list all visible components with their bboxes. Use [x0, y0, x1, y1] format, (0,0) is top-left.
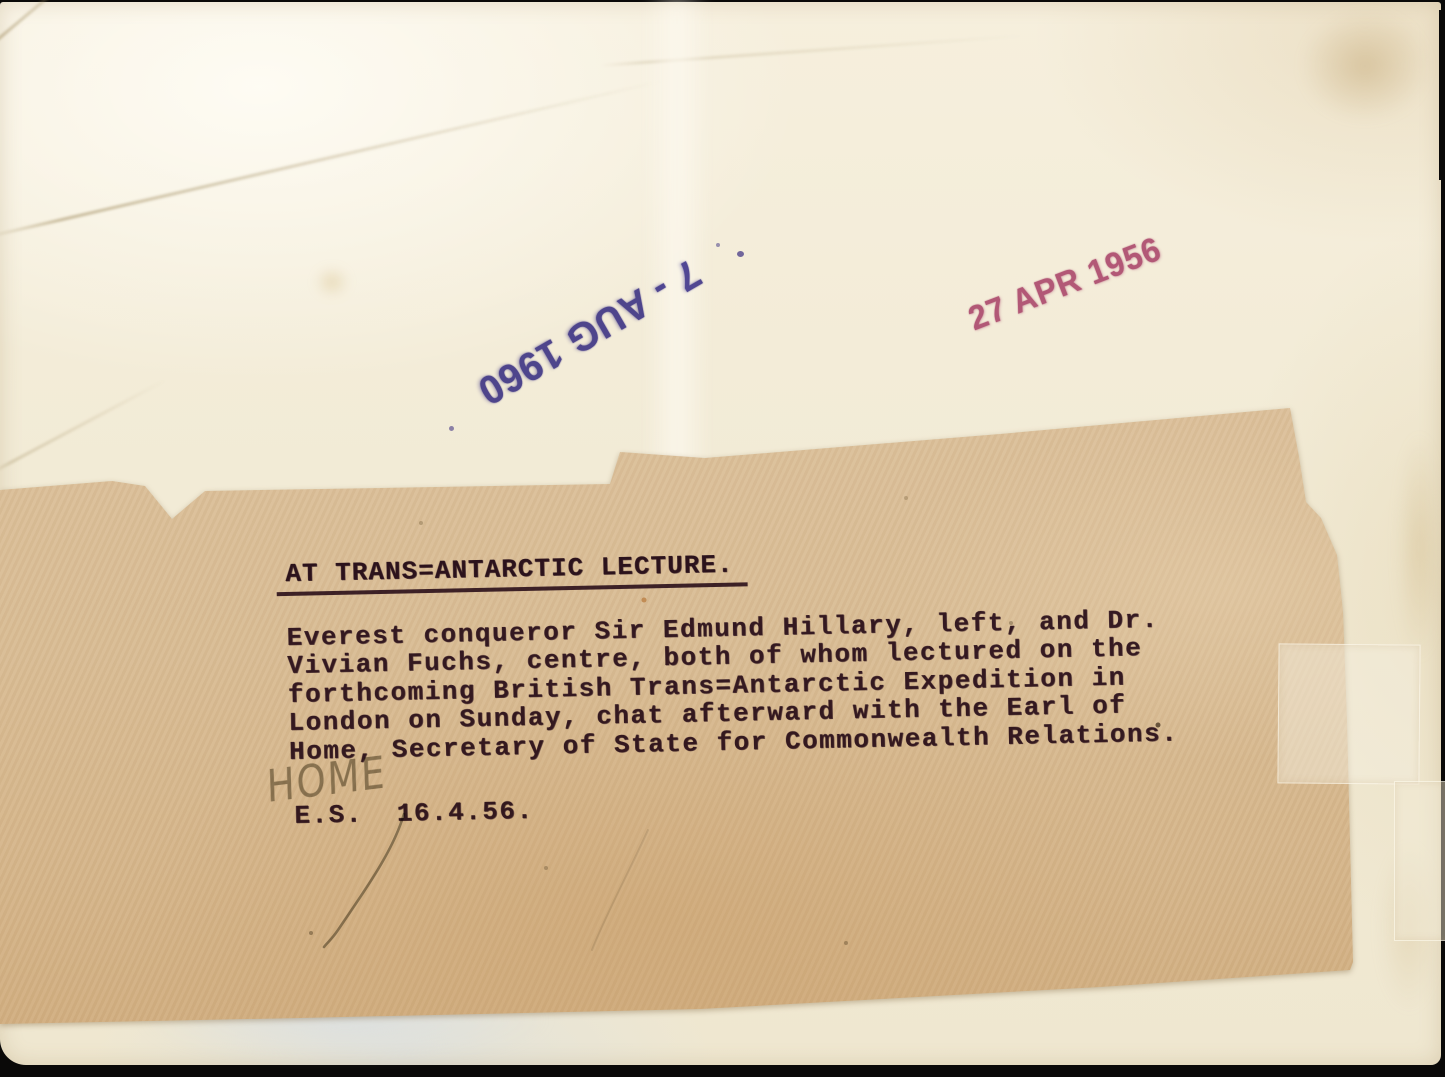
paper-speckles — [0, 402, 2, 404]
issue-date-stamp: 27 APR 1956 — [947, 223, 1183, 345]
crease-line — [0, 0, 106, 60]
crease-line — [0, 80, 662, 240]
tape-piece — [1394, 781, 1445, 941]
tape-piece — [1277, 643, 1420, 784]
ink-dot — [716, 243, 720, 247]
caption-label-paper: AT TRANS=ANTARCTIC LECTURE. Everest conq… — [0, 402, 1441, 1027]
caption-label: AT TRANS=ANTARCTIC LECTURE. Everest conq… — [0, 402, 1441, 1027]
pencil-stroke — [0, 402, 1441, 1027]
photo-back-paper: 7 - AUG 1960 27 APR 1956 AT TRANS=ANTARC… — [0, 2, 1441, 1065]
scan-background: 7 - AUG 1960 27 APR 1956 AT TRANS=ANTARC… — [0, 0, 1445, 1077]
stain — [1300, 10, 1430, 122]
scan-edge — [1439, 10, 1445, 180]
ink-dot — [737, 251, 744, 257]
stain — [316, 268, 348, 296]
